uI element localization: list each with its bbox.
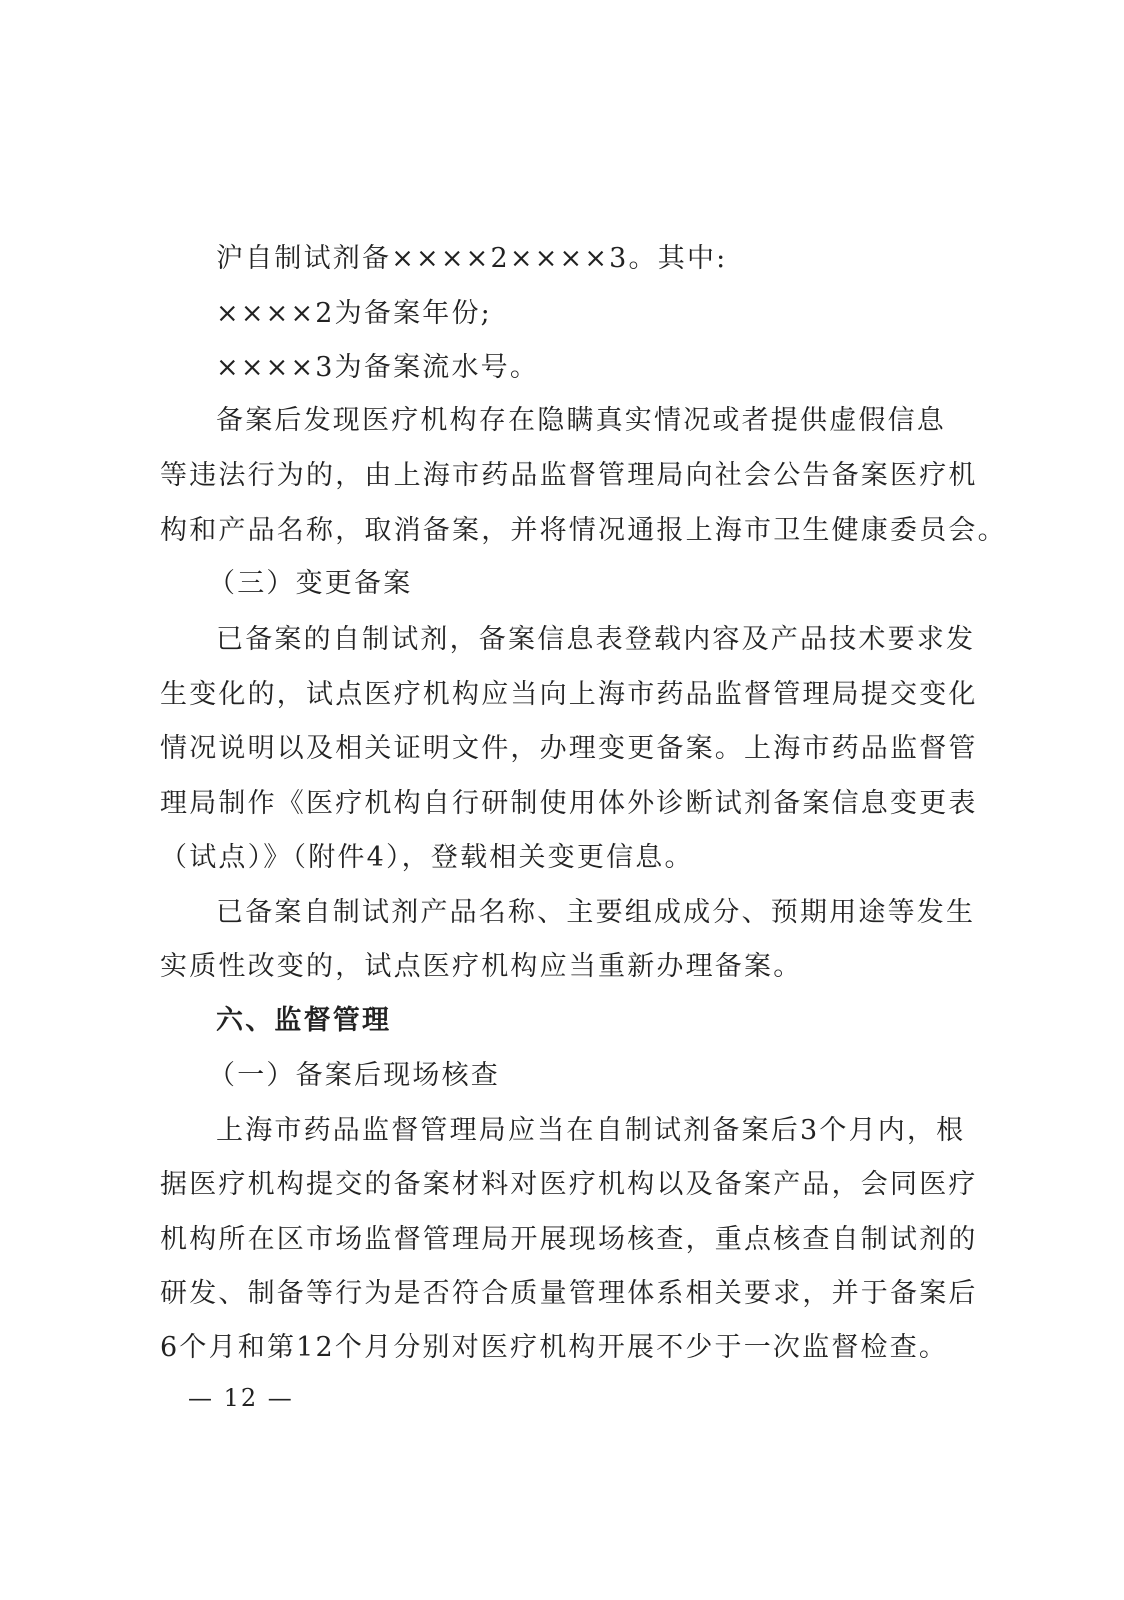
code-serial-line: ××××3为备案流水号。 bbox=[216, 348, 1006, 388]
paragraph-line: 已备案的自制试剂，备案信息表登载内容及产品技术要求发 bbox=[216, 620, 1006, 660]
paragraph-line: 生变化的，试点医疗机构应当向上海市药品监督管理局提交变化 bbox=[160, 675, 950, 715]
paragraph-line: （试点）》（附件4），登载相关变更信息。 bbox=[160, 838, 950, 878]
subsection-heading: （三）变更备案 bbox=[208, 564, 998, 604]
paragraph-line: 据医疗机构提交的备案材料对医疗机构以及备案产品，会同医疗 bbox=[160, 1165, 950, 1205]
code-format-line: 沪自制试剂备××××2××××3。其中: bbox=[216, 239, 1006, 279]
code-year-line: ××××2为备案年份; bbox=[216, 294, 1006, 334]
paragraph-line: 已备案自制试剂产品名称、主要组成成分、预期用途等发生 bbox=[216, 893, 1006, 933]
paragraph-line: 情况说明以及相关证明文件，办理变更备案。上海市药品监督管 bbox=[160, 729, 950, 769]
section-heading: 六、监督管理 bbox=[216, 1001, 1006, 1041]
paragraph-line: 研发、制备等行为是否符合质量管理体系相关要求，并于备案后 bbox=[160, 1274, 950, 1314]
paragraph-line: 6个月和第12个月分别对医疗机构开展不少于一次监督检查。 bbox=[160, 1328, 950, 1368]
page-number: — 12 — bbox=[188, 1384, 294, 1412]
paragraph-line: 机构所在区市场监督管理局开展现场核查，重点核查自制试剂的 bbox=[160, 1220, 950, 1260]
paragraph-line: 实质性改变的，试点医疗机构应当重新办理备案。 bbox=[160, 947, 950, 987]
paragraph-line: 等违法行为的，由上海市药品监督管理局向社会公告备案医疗机 bbox=[160, 456, 950, 496]
paragraph-line: 上海市药品监督管理局应当在自制试剂备案后3个月内，根 bbox=[216, 1111, 1006, 1151]
subsection-heading: （一）备案后现场核查 bbox=[208, 1056, 998, 1096]
paragraph-line: 备案后发现医疗机构存在隐瞒真实情况或者提供虚假信息 bbox=[216, 401, 1006, 441]
paragraph-line: 理局制作《医疗机构自行研制使用体外诊断试剂备案信息变更表 bbox=[160, 784, 950, 824]
paragraph-line: 构和产品名称，取消备案，并将情况通报上海市卫生健康委员会。 bbox=[160, 511, 950, 551]
